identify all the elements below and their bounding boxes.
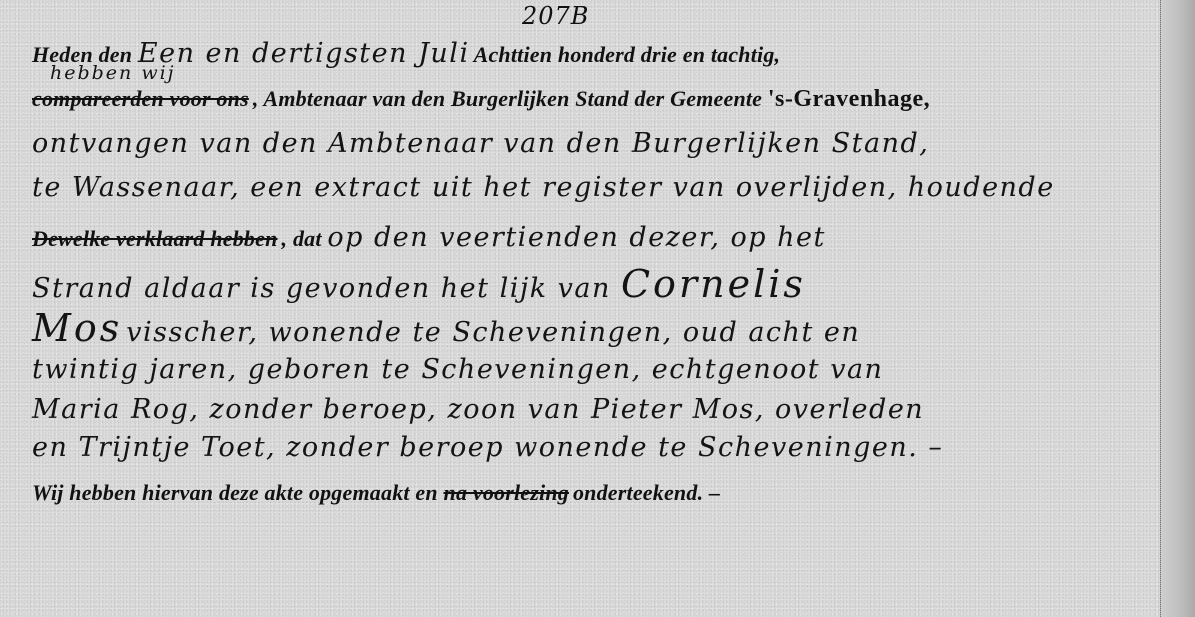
- deceased-first-name: Cornelis: [621, 262, 806, 306]
- municipality-name: 's-Gravenhage,: [768, 86, 930, 112]
- record-line-10: en Trijntje Toet, zonder beroep wonende …: [32, 432, 943, 463]
- handwritten-text: visscher, wonende te Scheveningen, oud a…: [126, 317, 860, 348]
- record-line-1: Heden den Een en dertigsten Juli Achttie…: [32, 38, 780, 69]
- handwritten-date: Een en dertigsten Juli: [138, 38, 470, 69]
- record-line-4: te Wassenaar, een extract uit het regist…: [32, 172, 1055, 203]
- deceased-surname: Mos: [32, 306, 122, 350]
- page-edge: [1160, 0, 1195, 617]
- printed-text: , Ambtenaar van den Burgerlijken Stand d…: [253, 86, 768, 111]
- handwritten-text: te Wassenaar, een extract uit het regist…: [32, 172, 1055, 203]
- handwritten-text: ontvangen van den Ambtenaar van den Burg…: [32, 128, 929, 159]
- record-line-11: Wij hebben hiervan deze akte opgemaakt e…: [32, 480, 720, 506]
- struck-text: Dewelke verklaard hebben: [32, 226, 278, 251]
- record-line-6: Strand aldaar is gevonden het lijk van C…: [32, 262, 806, 306]
- civil-record-page: 207B hebben wij Heden den Een en dertigs…: [0, 0, 1195, 617]
- printed-year: Achttien honderd drie en tachtig,: [474, 42, 781, 67]
- struck-text: compareerden voor ons: [32, 86, 249, 111]
- record-line-2: compareerden voor ons , Ambtenaar van de…: [32, 86, 930, 113]
- handwritten-text: Maria Rog, zonder beroep, zoon van Piete…: [32, 394, 924, 425]
- printed-text: , dat: [282, 226, 328, 251]
- printed-text: onderteekend. –: [573, 480, 720, 505]
- record-line-9: Maria Rog, zonder beroep, zoon van Piete…: [32, 394, 924, 425]
- record-line-5: Dewelke verklaard hebben , dat op den ve…: [32, 222, 826, 253]
- printed-text: Wij hebben hiervan deze akte opgemaakt e…: [32, 480, 444, 505]
- handwritten-text: twintig jaren, geboren te Scheveningen, …: [32, 354, 883, 385]
- struck-text: na voorlezing: [444, 480, 569, 505]
- handwritten-text: en Trijntje Toet, zonder beroep wonende …: [32, 432, 943, 463]
- handwritten-text: Strand aldaar is gevonden het lijk van: [32, 273, 621, 304]
- handwritten-text: op den veertienden dezer, op het: [327, 222, 825, 253]
- folio-number: 207B: [522, 2, 589, 30]
- printed-text: Heden den: [32, 42, 138, 67]
- record-line-7: Mos visscher, wonende te Scheveningen, o…: [32, 306, 860, 350]
- record-line-8: twintig jaren, geboren te Scheveningen, …: [32, 354, 883, 385]
- record-line-3: ontvangen van den Ambtenaar van den Burg…: [32, 128, 929, 159]
